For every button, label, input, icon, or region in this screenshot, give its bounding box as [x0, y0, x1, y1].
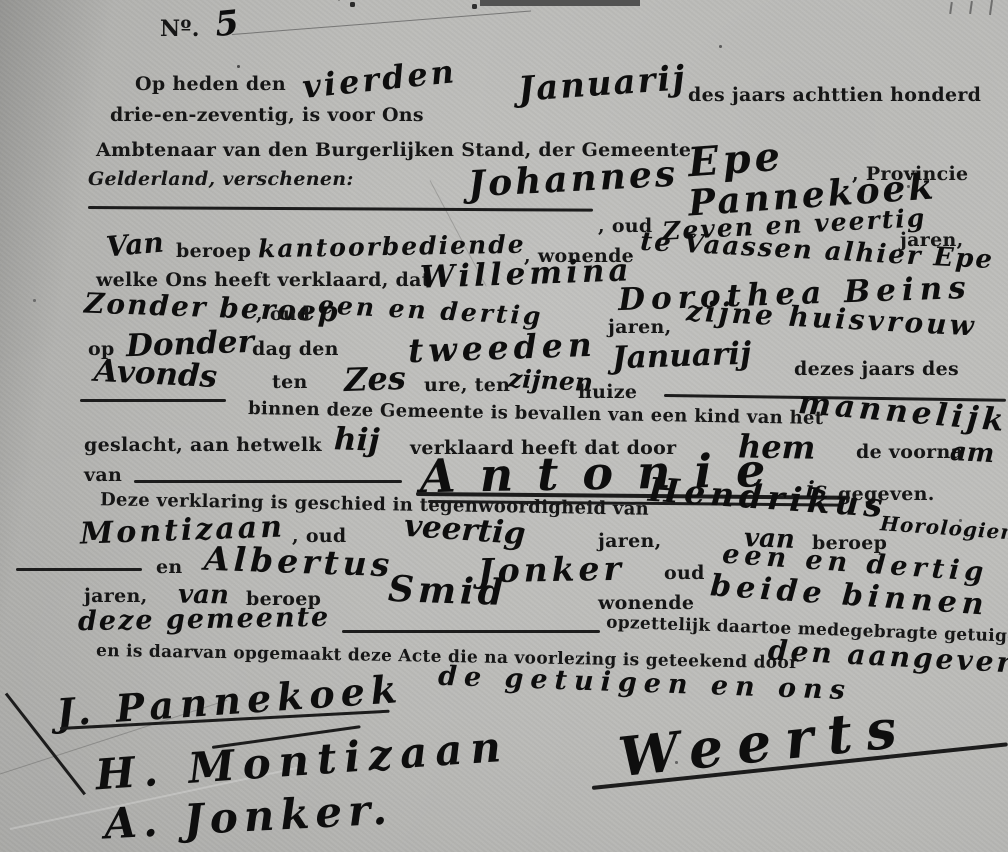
handwritten-witness1-age: veertig [403, 508, 527, 552]
printed-geslacht-clause: geslacht, aan hetwelk [84, 434, 322, 456]
margin-mark [989, 0, 993, 15]
handwritten-time-of-day: Avonds [93, 353, 218, 395]
printed-oud-mother: , oud [256, 303, 311, 325]
printed-en: en [156, 556, 183, 578]
printed-dezes-jaars: dezes jaars des [794, 358, 959, 380]
printed-year-part2: drie-en-zeventig, is voor Ons [110, 104, 424, 126]
act-number-label: Nº. [160, 16, 200, 42]
pen-hairline [232, 10, 531, 35]
handwritten-birth-month: Januarij [611, 336, 751, 377]
printed-dag-den: dag den [252, 338, 339, 360]
printed-gelderland: Gelderland, verschenen: [88, 168, 354, 190]
paper-specks [0, 0, 1, 1]
act-number-value: 5 [213, 3, 241, 45]
handwritten-month: Januarij [517, 58, 688, 110]
printed-ure-ten: ure, ten [424, 374, 510, 396]
printed-jaren-mother: jaren, [608, 316, 672, 338]
birth-certificate-scan: Nº. 5 Op heden den vierden Januarij des … [0, 0, 1008, 852]
handwritten-mother-first-name: Willemina [419, 252, 633, 295]
handwritten-hij: hij [333, 421, 380, 459]
printed-huize: huize [578, 381, 637, 403]
printed-van-name: van [84, 464, 122, 486]
scan-top-bar [480, 0, 640, 6]
handwritten-mother-age: een en dertig [317, 290, 544, 331]
printed-jaren-witness2: jaren, [84, 585, 148, 607]
handwritten-van: Van [105, 226, 165, 264]
handwritten-witness2-first-name: Albertus [203, 539, 394, 585]
handwritten-witness2-occupation: Smid [387, 568, 507, 614]
handwritten-birth-hour: Zes [343, 359, 406, 399]
printed-beroep-declarant: beroep [176, 240, 251, 262]
signature-registrar: Weerts [615, 695, 913, 789]
handwritten-witness1-first-name: Hendrikus [647, 470, 889, 526]
printed-ten: ten [272, 371, 308, 393]
cutoff-ink-stroke [337, 0, 355, 1]
blank-line-rule [16, 568, 142, 571]
blank-line-rule [134, 480, 402, 483]
blank-line-rule [342, 630, 600, 633]
printed-voorna: de voorna [856, 441, 963, 463]
margin-mark [949, 2, 953, 14]
printed-declaration-clause: welke Ons heeft verklaard, dat [96, 269, 431, 291]
printed-oud-witness2: oud [664, 562, 705, 584]
printed-wonende-witnesses: wonende [598, 592, 694, 614]
blank-line-rule [88, 206, 593, 212]
handwritten-witness1-occupation: Horologiemaker [879, 511, 1008, 549]
printed-year-part1: des jaars achttien honderd [688, 84, 981, 106]
blank-line-rule [80, 399, 226, 402]
margin-mark [969, 1, 973, 14]
handwritten-witnesses-gemeente: deze gemeente [78, 602, 331, 637]
handwritten-day-word: vierden [300, 52, 458, 106]
handwritten-am: am [949, 437, 995, 469]
handwritten-birth-day: tweeden [407, 325, 597, 371]
printed-date-intro: Op heden den [135, 73, 286, 95]
handwritten-gender: mannelijk [797, 385, 1008, 439]
